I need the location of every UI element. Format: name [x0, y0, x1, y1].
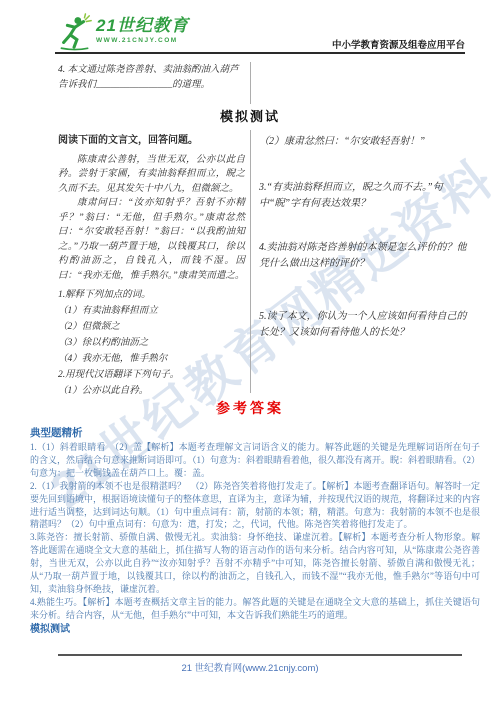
question-item: 5.读了本文，你认为一个人应该如何看待自己的长处？又该如何看待他人的长处？ [259, 309, 471, 341]
question-item: 2.用现代汉语翻译下列句子。 [58, 368, 245, 383]
answer-paragraph: 2.（1）我射箭的本领不也是很精湛吗？ （2）陈尧咨笑着将他打发走了。【解析】本… [30, 480, 480, 532]
answers-section-label: 典型题精析 [30, 425, 83, 440]
header-rule [55, 52, 465, 54]
classical-passage: 陈康肃公善射，当世无双，公亦以此自矜。尝射于家圃，有卖油翁释担而立，睨之久而不去… [58, 153, 245, 284]
logo-subtitle: WWW.21CNJY.COM [96, 37, 189, 44]
column-divider-top [250, 62, 251, 104]
question-item: 3.“有卖油翁释担而立，睨之久而不去。”句中“睨”字有何表达效果？ [259, 180, 471, 212]
left-column: 阅读下面的文言文，回答问题。 陈康肃公善射，当世无双，公亦以此自矜。尝射于家圃，… [58, 134, 245, 400]
top-question: 4. 本文通过陈尧咨善射、卖油翁酌油入葫芦告诉我们_______________… [58, 63, 246, 93]
questions-left: 1.解释下列加点的词。 （1）有卖油翁释担而立 （2）但微颔之 （3）徐以杓酌油… [58, 288, 245, 399]
answer-paragraph: 3.陈尧咨：擅长射箭、骄傲自满、傲慢无礼。卖油翁：身怀绝技、谦虚沉着。【解析】本… [30, 531, 480, 596]
mock-test-label: 模拟测试 [30, 624, 480, 637]
question-item: （1）公亦以此自矜。 [58, 384, 245, 399]
logo-title: 21世纪教育 [96, 17, 189, 35]
runner-icon [56, 13, 94, 51]
reading-instruction: 阅读下面的文言文，回答问题。 [58, 134, 245, 149]
question-item: （2）但微颔之 [58, 320, 245, 335]
answer-paragraph: 4.熟能生巧。【解析】本题考查概括文章主旨的能力。解答此题的关键是在通晓全文大意… [30, 596, 480, 622]
footer-rule [58, 654, 462, 656]
question-item: （4）我亦无他，惟手熟尔 [58, 352, 245, 367]
answers-heading: 参考答案 [0, 398, 500, 418]
column-divider [250, 130, 251, 393]
right-column: （2）康肃忿然曰：“尔安敢轻吾射！” 3.“有卖油翁释担而立，睨之久而不去。”句… [259, 134, 471, 341]
header-slogan: 中小学教育资源及组卷应用平台 [332, 37, 465, 51]
question-item: 4.卖油翁对陈尧咨善射的本领是怎么评价的？他凭什么做出这样的评价？ [259, 240, 471, 272]
brand-logo: 21世纪教育 WWW.21CNJY.COM [56, 13, 189, 51]
mock-test-heading: 模拟测试 [0, 106, 500, 125]
passage-paragraph: 陈康肃公善射，当世无双，公亦以此自矜。尝射于家圃，有卖油翁释担而立，睨之久而不去… [58, 153, 245, 197]
answer-paragraph: 1.（1）斜着眼睛看 （2）盖【解析】本题考查理解文言词语含义的能力。解答此题的… [30, 441, 480, 480]
question-item: 1.解释下列加点的词。 [58, 288, 245, 303]
answers-body: 1.（1）斜着眼睛看 （2）盖【解析】本题考查理解文言词语含义的能力。解答此题的… [30, 441, 480, 637]
worksheet-page: 21世纪教育网精选资料 21世纪教育 WWW.21CNJY.CO [0, 0, 500, 707]
question-item: （1）有卖油翁释担而立 [58, 304, 245, 319]
question-item: （3）徐以杓酌油沥之 [58, 336, 245, 351]
passage-paragraph: 康肃问曰：“汝亦知射乎？吾射不亦精乎？”翁曰：“无他，但手熟尔。”康肃忿然曰：“… [58, 196, 245, 283]
footer-site-text: 21 世纪教育网(www.21cnjy.com) [0, 660, 500, 674]
question-item: （2）康肃忿然曰：“尔安敢轻吾射！” [259, 134, 471, 150]
